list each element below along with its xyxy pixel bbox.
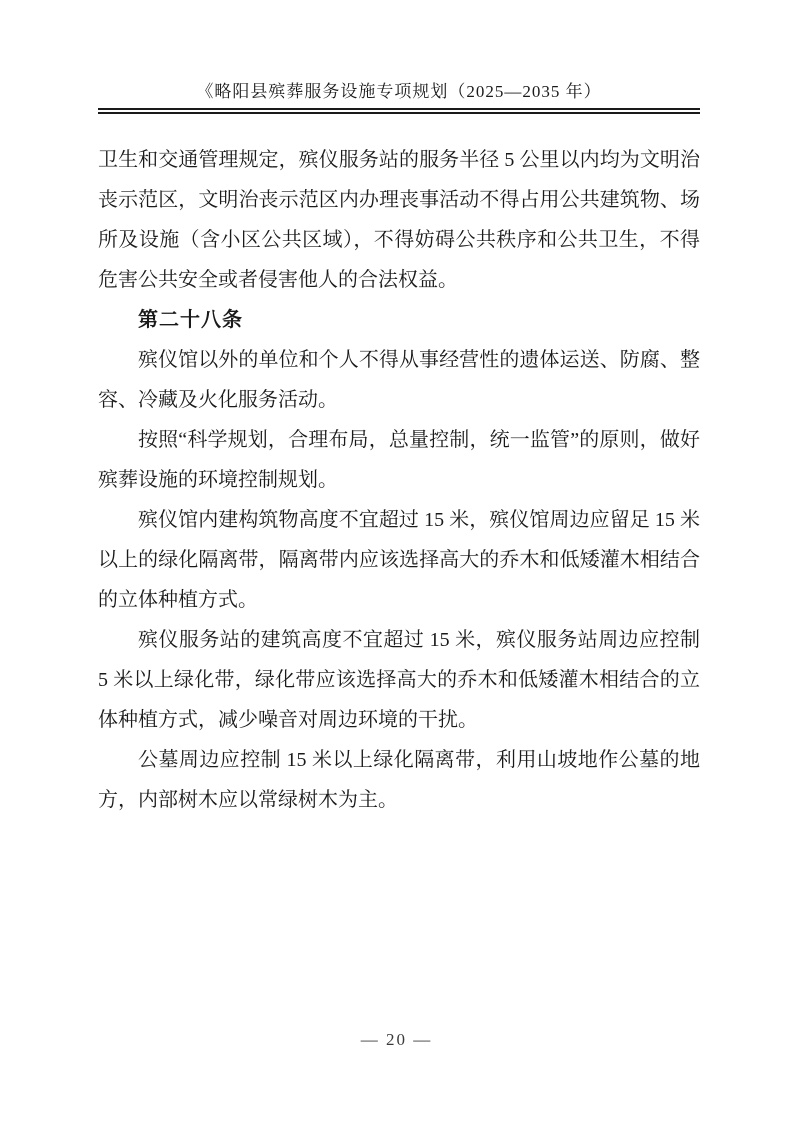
page-header: 《略阳县殡葬服务设施专项规划（2025—2035 年）: [98, 80, 700, 114]
paragraph: 按照“科学规划，合理布局，总量控制，统一监管”的原则，做好殡葬设施的环境控制规划…: [98, 420, 700, 500]
page-number: — 20 —: [361, 1030, 433, 1049]
document-body: 卫生和交通管理规定，殡仪服务站的服务半径 5 公里以内均为文明治丧示范区，文明治…: [98, 140, 700, 820]
page-footer: — 20 —: [0, 1028, 793, 1052]
paragraph: 殡仪服务站的建筑高度不宜超过 15 米，殡仪服务站周边应控制 5 米以上绿化带，…: [98, 620, 700, 740]
paragraph-continuation: 卫生和交通管理规定，殡仪服务站的服务半径 5 公里以内均为文明治丧示范区，文明治…: [98, 140, 700, 300]
header-double-rule: [98, 108, 700, 114]
document-page: 《略阳县殡葬服务设施专项规划（2025—2035 年） 卫生和交通管理规定，殡仪…: [0, 0, 793, 1122]
article-heading: 第二十八条: [98, 300, 700, 340]
paragraph: 公墓周边应控制 15 米以上绿化隔离带，利用山坡地作公墓的地方，内部树木应以常绿…: [98, 740, 700, 820]
paragraph: 殡仪馆内建构筑物高度不宜超过 15 米，殡仪馆周边应留足 15 米以上的绿化隔离…: [98, 500, 700, 620]
paragraph: 殡仪馆以外的单位和个人不得从事经营性的遗体运送、防腐、整容、冷藏及火化服务活动。: [98, 340, 700, 420]
header-title: 《略阳县殡葬服务设施专项规划（2025—2035 年）: [98, 80, 700, 104]
